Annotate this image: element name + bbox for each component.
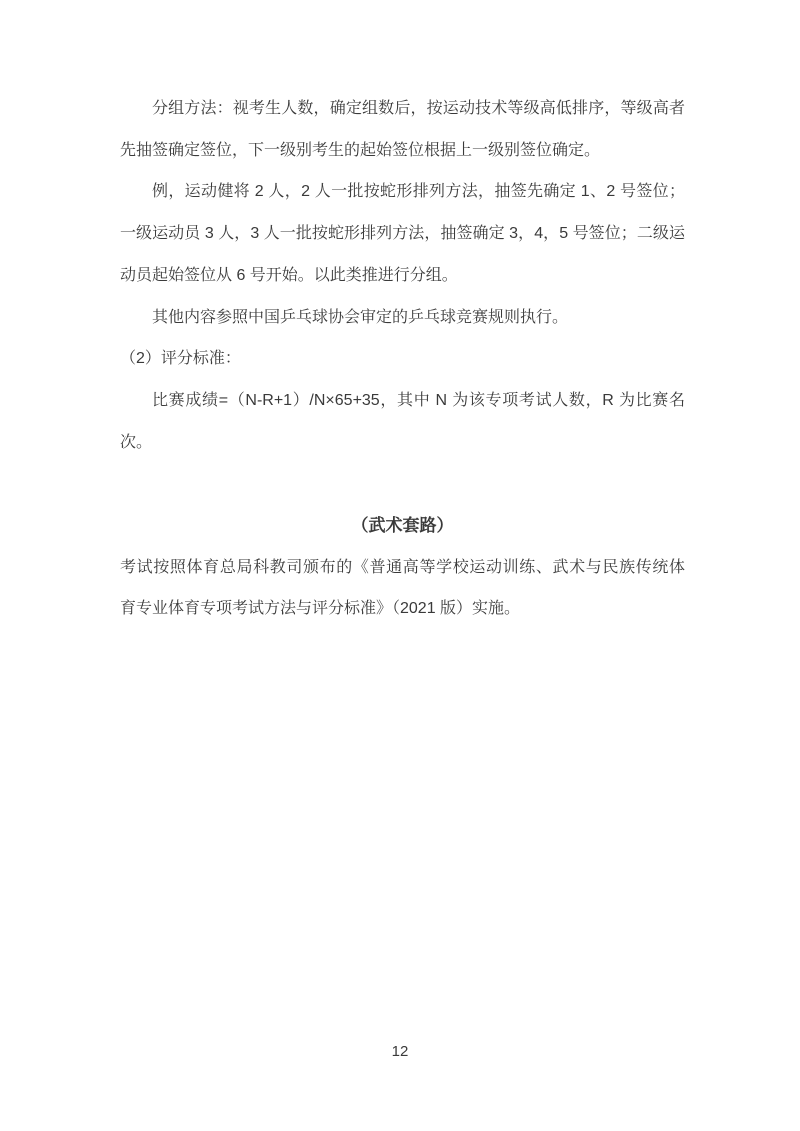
paragraph-grouping-method-line-1: 分组方法：视考生人数，确定组数后，按运动技术等级高低排序，等级高者 xyxy=(120,88,685,130)
page-number: 12 xyxy=(0,1044,800,1060)
paragraph-grouping-example-line-2: 一级运动员 3 人，3 人一批按蛇形排列方法，抽签确定 3，4，5 号签位；二级… xyxy=(120,213,685,255)
document-page: 分组方法：视考生人数，确定组数后，按运动技术等级高低排序，等级高者 先抽签确定签… xyxy=(0,0,800,1131)
paragraph-scoring-formula-line-2: 次。 xyxy=(120,422,685,464)
paragraph-wushu-implementation-line-2: 育专业体育专项考试方法与评分标准》（2021 版）实施。 xyxy=(120,588,685,630)
paragraph-grouping-example-line-3: 动员起始签位从 6 号开始。以此类推进行分组。 xyxy=(120,255,685,297)
paragraph-grouping-example-line-1: 例，运动健将 2 人，2 人一批按蛇形排列方法，抽签先确定 1、2 号签位； xyxy=(120,171,685,213)
document-body: 分组方法：视考生人数，确定组数后，按运动技术等级高低排序，等级高者 先抽签确定签… xyxy=(120,88,685,630)
paragraph-scoring-standard-label: （2）评分标准： xyxy=(120,338,685,380)
paragraph-grouping-method-line-2: 先抽签确定签位，下一级别考生的起始签位根据上一级别签位确定。 xyxy=(120,130,685,172)
blank-line xyxy=(120,463,685,505)
paragraph-wushu-implementation-line-1: 考试按照体育总局科教司颁布的《普通高等学校运动训练、武术与民族传统体 xyxy=(120,547,685,589)
paragraph-scoring-formula-line-1: 比赛成绩=（N-R+1）/N×65+35，其中 N 为该专项考试人数，R 为比赛… xyxy=(120,380,685,422)
section-heading-wushu-taolu: （武术套路） xyxy=(120,505,685,547)
paragraph-other-rules-line-1: 其他内容参照中国乒乓球协会审定的乒乓球竞赛规则执行。 xyxy=(120,297,685,339)
